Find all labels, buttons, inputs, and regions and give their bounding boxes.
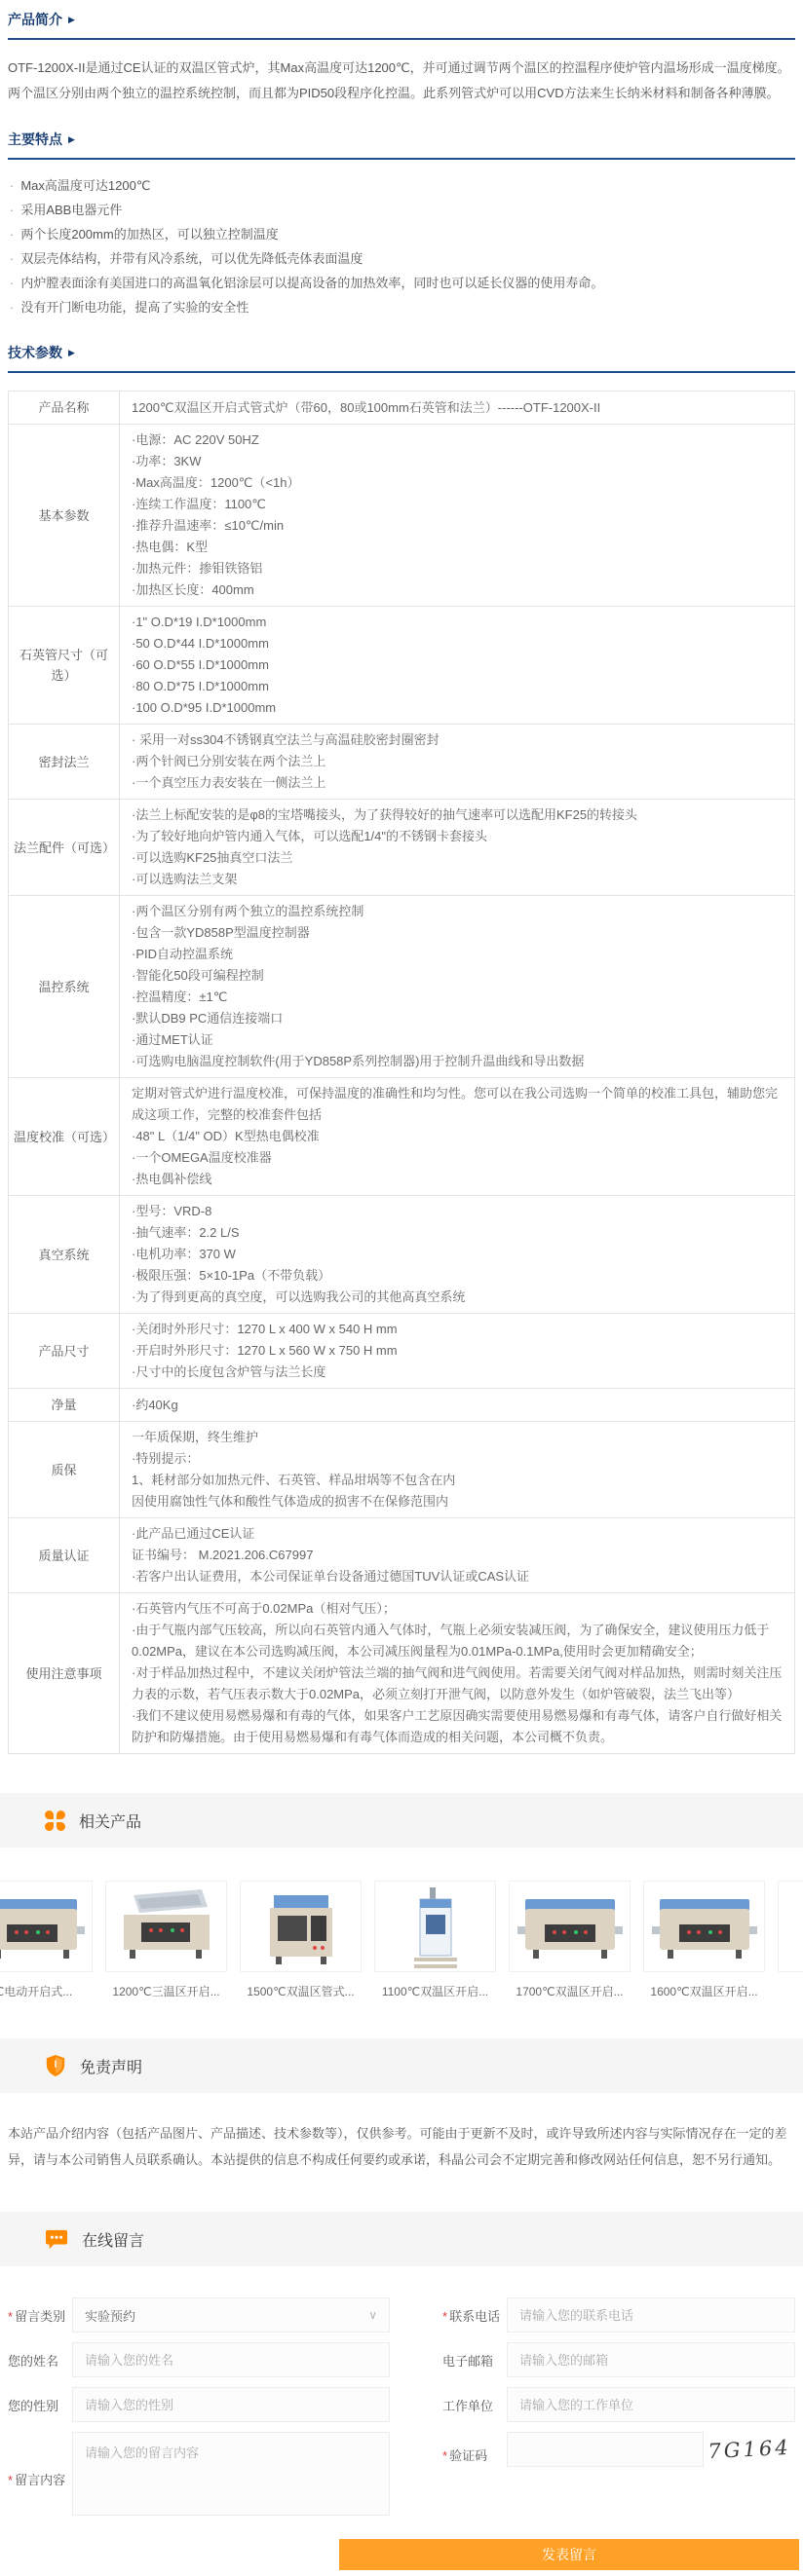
spec-value-line: ·50 O.D*44 I.D*1000mm	[132, 633, 783, 654]
spec-label: 产品名称	[9, 392, 120, 425]
spec-value-line: ·两个针阀已分别安装在两个法兰上	[132, 751, 783, 772]
spec-label: 基本参数	[9, 425, 120, 607]
spec-value-line: ·我们不建议使用易燃易爆和有毒的气体，如果客户工艺原因确实需要使用易燃易爆和有毒…	[132, 1705, 783, 1748]
section-disclaimer: 免责声明 本站产品介绍内容（包括产品图片、产品描述、技术参数等），仅供参考。可能…	[8, 2038, 795, 2173]
form-row: 您的姓名 电子邮箱	[8, 2342, 795, 2377]
spec-value-line: ·一个真空压力表安装在一侧法兰上	[132, 772, 783, 794]
feature-item: 内炉膛表面涂有美国进口的高温氧化铝涂层可以提高设备的加热效率，同时也可以延长仪器…	[8, 271, 795, 295]
spec-value-line: ·热电偶：K型	[132, 537, 783, 558]
spec-value-line: ·法兰上标配安装的是φ8的宝塔嘴接头，为了获得较好的抽气速率可以选配用KF25的…	[132, 804, 783, 826]
spec-value-line: ·智能化50段可编程控制	[132, 965, 783, 987]
spec-row: 基本参数·电源：AC 220V 50HZ·功率：3KW·Max高温度：1200℃…	[9, 425, 795, 607]
section-title-specs: 技术参数 ▶	[8, 343, 795, 362]
related-products-title: 相关产品	[79, 1810, 141, 1832]
disclaimer-header: 免责声明	[0, 2038, 803, 2093]
section-intro: 产品简介 ▶ OTF-1200X-II是通过CE认证的双温区管式炉，其Max高温…	[8, 10, 795, 106]
gender-input[interactable]	[72, 2387, 390, 2422]
spec-row: 石英管尺寸（可选）·1" O.D*19 I.D*1000mm·50 O.D*44…	[9, 607, 795, 725]
section-divider	[8, 38, 795, 40]
product-image-frame	[0, 1881, 93, 1972]
spec-row: 法兰配件（可选）·法兰上标配安装的是φ8的宝塔嘴接头，为了获得较好的抽气速率可以…	[9, 800, 795, 896]
page: 产品简介 ▶ OTF-1200X-II是通过CE认证的双温区管式炉，其Max高温…	[0, 10, 803, 2570]
spec-value-line: · 采用一对ss304不锈钢真空法兰与高温硅胶密封圈密封	[132, 729, 783, 751]
spec-value-line: ·加热区长度：400mm	[132, 579, 783, 601]
spec-row: 密封法兰· 采用一对ss304不锈钢真空法兰与高温硅胶密封圈密封·两个针阀已分别…	[9, 725, 795, 800]
product-caption[interactable]: 1600℃双温区开启...	[643, 1983, 765, 1999]
spec-value-line: ·1" O.D*19 I.D*1000mm	[132, 612, 783, 633]
section-related-products: 相关产品 ℃电动开启式...1200℃三温区开启...1500℃双温区管式...…	[8, 1793, 795, 1999]
spec-value-line: ·推荐升温速率：≤10℃/min	[132, 515, 783, 537]
spec-value: ·电源：AC 220V 50HZ·功率：3KW·Max高温度：1200℃（<1h…	[120, 425, 795, 607]
required-mark: *	[442, 2309, 447, 2324]
spec-value-line: ·48" L（1/4" OD）K型热电偶校准	[132, 1126, 783, 1147]
product-card[interactable]: 1700℃双温区开启...	[509, 1881, 631, 1999]
name-label: 您的姓名	[8, 2351, 72, 2370]
product-image	[381, 1885, 490, 1971]
spec-value-line: 一年质保期，终生维护	[132, 1427, 783, 1448]
form-field-company: 工作单位	[442, 2387, 795, 2422]
spec-value: ·两个温区分别有两个独立的温控系统控制·包含一款YD858P型温度控制器·PID…	[120, 896, 795, 1078]
captcha-label: *验证码	[442, 2445, 507, 2464]
category-select[interactable]: 实验预约 ∨	[72, 2297, 390, 2333]
spec-row: 温度校准（可选）定期对管式炉进行温度校准，可保持温度的准确性和均匀性。您可以在我…	[9, 1078, 795, 1196]
triangle-right-icon: ▶	[68, 16, 75, 24]
spec-value-line: ·包含一款YD858P型温度控制器	[132, 922, 783, 944]
spec-value-line: ·为了较好地向炉管内通入气体，可以选配1/4"的不锈钢卡套接头	[132, 826, 783, 847]
spec-value-line: ·一个OMEGA温度校准器	[132, 1147, 783, 1169]
feature-item: 没有开门断电功能，提高了实验的安全性	[8, 295, 795, 319]
submit-button[interactable]: 发表留言	[339, 2539, 799, 2570]
product-image-frame	[240, 1881, 362, 1972]
spec-value-line: ·可以选购KF25抽真空口法兰	[132, 847, 783, 869]
spec-value: ·1" O.D*19 I.D*1000mm·50 O.D*44 I.D*1000…	[120, 607, 795, 725]
form-field-captcha: *验证码 7G164	[442, 2432, 795, 2467]
product-caption[interactable]: 1200℃三温区开启...	[105, 1983, 227, 1999]
spec-label: 温度校准（可选）	[9, 1078, 120, 1196]
shield-icon	[45, 2054, 66, 2077]
chevron-down-icon: ∨	[368, 2308, 377, 2322]
spec-value: ·约40Kg	[120, 1389, 795, 1422]
category-selected-value: 实验预约	[85, 2306, 135, 2325]
spec-label: 真空系统	[9, 1196, 120, 1314]
product-image	[784, 1885, 803, 1971]
spec-value-line: 证书编号： M.2021.206.C67997	[132, 1545, 783, 1566]
form-row: *留言类别 实验预约 ∨ *联系电话	[8, 2297, 795, 2333]
section-title-text: 主要特点	[8, 130, 62, 149]
spec-value-line: ·连续工作温度：1100℃	[132, 494, 783, 515]
feature-item: Max高温度可达1200℃	[8, 173, 795, 198]
spec-value-line: ·抽气速率：2.2 L/S	[132, 1222, 783, 1244]
form-field-phone: *联系电话	[442, 2297, 795, 2333]
gender-label: 您的性别	[8, 2396, 72, 2414]
product-image-frame	[778, 1881, 803, 1972]
features-list: Max高温度可达1200℃采用ABB电器元件两个长度200mm的加热区，可以独立…	[8, 173, 795, 319]
spec-value-line: 1200℃双温区开启式管式炉（带60，80或100mm石英管和法兰）------…	[132, 397, 783, 419]
spec-value-line: ·开启时外形尺寸：1270 L x 560 W x 750 H mm	[132, 1340, 783, 1362]
form-field-content: *留言内容	[8, 2432, 390, 2516]
product-image-frame	[643, 1881, 765, 1972]
message-header: 在线留言	[0, 2212, 803, 2266]
spec-value-line: ·特别提示：	[132, 1448, 783, 1470]
section-title-features: 主要特点 ▶	[8, 130, 795, 149]
section-message: 在线留言 *留言类别 实验预约 ∨ *联系电话 您的姓名	[8, 2212, 795, 2570]
product-image	[112, 1885, 221, 1971]
product-card[interactable]: 1600℃双温区开启...	[643, 1881, 765, 1999]
required-mark: *	[8, 2309, 13, 2324]
spec-value-line: ·100 O.D*95 I.D*1000mm	[132, 697, 783, 719]
spec-row: 真空系统·型号：VRD-8·抽气速率：2.2 L/S·电机功率：370 W·极限…	[9, 1196, 795, 1314]
section-features: 主要特点 ▶ Max高温度可达1200℃采用ABB电器元件两个长度200mm的加…	[8, 130, 795, 319]
product-card[interactable]: ℃电动开启式...	[0, 1881, 93, 1999]
feature-item: 两个长度200mm的加热区，可以独立控制温度	[8, 222, 795, 246]
section-title-intro: 产品简介 ▶	[8, 10, 795, 29]
disclaimer-title: 免责声明	[80, 2055, 142, 2077]
spec-label: 质量认证	[9, 1518, 120, 1593]
spec-value-line: ·若客户出认证费用，本公司保证单台设备通过德国TUV认证或CAS认证	[132, 1566, 783, 1587]
clover-icon	[45, 1811, 65, 1831]
form-field-gender: 您的性别	[8, 2387, 390, 2422]
specs-table: 产品名称1200℃双温区开启式管式炉（带60，80或100mm石英管和法兰）--…	[8, 391, 795, 1754]
spec-value-line: ·型号：VRD-8	[132, 1201, 783, 1222]
spec-value: 定期对管式炉进行温度校准，可保持温度的准确性和均匀性。您可以在我公司选购一个简单…	[120, 1078, 795, 1196]
spec-value-line: ·对于样品加热过程中，不建议关闭炉管法兰端的抽气阀和进气阀使用。若需要关闭气阀对…	[132, 1662, 783, 1705]
required-mark: *	[442, 2448, 447, 2463]
spec-value-line: 定期对管式炉进行温度校准，可保持温度的准确性和均匀性。您可以在我公司选购一个简单…	[132, 1083, 783, 1126]
chat-bubble-icon	[45, 2228, 68, 2250]
spec-value-line: ·PID自动控温系统	[132, 944, 783, 965]
disclaimer-paragraph: 本站产品介绍内容（包括产品图片、产品描述、技术参数等），仅供参考。可能由于更新不…	[8, 2120, 795, 2173]
spec-row: 使用注意事项·石英管内气压不可高于0.02MPa（相对气压）；·由于气瓶内部气压…	[9, 1593, 795, 1754]
section-title-text: 产品简介	[8, 10, 62, 29]
spec-value: ·关闭时外形尺寸：1270 L x 400 W x 540 H mm·开启时外形…	[120, 1314, 795, 1389]
product-card[interactable]: 1...	[778, 1881, 803, 1999]
form-field-email: 电子邮箱	[442, 2342, 795, 2377]
email-input[interactable]	[507, 2342, 795, 2377]
spec-value-line: ·电源：AC 220V 50HZ	[132, 429, 783, 451]
content-label: *留言内容	[8, 2470, 72, 2488]
company-input[interactable]	[507, 2387, 795, 2422]
product-caption[interactable]: 1100℃双温区开启...	[374, 1983, 496, 1999]
spec-label: 温控系统	[9, 896, 120, 1078]
form-field-category: *留言类别 实验预约 ∨	[8, 2297, 390, 2333]
product-image-frame	[509, 1881, 631, 1972]
section-divider	[8, 158, 795, 160]
message-title: 在线留言	[82, 2228, 144, 2251]
name-input[interactable]	[72, 2342, 390, 2377]
triangle-right-icon: ▶	[68, 349, 75, 357]
product-caption[interactable]: 1700℃双温区开启...	[509, 1983, 631, 1999]
spec-value-line: ·石英管内气压不可高于0.02MPa（相对气压）；	[132, 1598, 783, 1620]
spec-row: 质保一年质保期，终生维护·特别提示：1、耗材部分如加热元件、石英管、样品坩埚等不…	[9, 1422, 795, 1518]
spec-value: ·法兰上标配安装的是φ8的宝塔嘴接头，为了获得较好的抽气速率可以选配用KF25的…	[120, 800, 795, 896]
spec-value-line: ·两个温区分别有两个独立的温控系统控制	[132, 901, 783, 922]
spec-value-line: ·通过MET认证	[132, 1029, 783, 1051]
spec-row: 产品名称1200℃双温区开启式管式炉（带60，80或100mm石英管和法兰）--…	[9, 392, 795, 425]
form-row: 您的性别 工作单位	[8, 2387, 795, 2422]
spec-value-line: ·尺寸中的长度包含炉管与法兰长度	[132, 1362, 783, 1383]
section-specs: 技术参数 ▶ 产品名称1200℃双温区开启式管式炉（带60，80或100mm石英…	[8, 343, 795, 1754]
spec-value-line: ·由于气瓶内部气压较高，所以向石英管内通入气体时，气瓶上必须安装减压阀，为了确保…	[132, 1620, 783, 1662]
spec-value-line: ·加热元件：掺钼铁铬铝	[132, 558, 783, 579]
required-mark: *	[8, 2473, 13, 2487]
product-image	[650, 1885, 759, 1971]
spec-value-line: 因使用腐蚀性气体和酸性气体造成的损害不在保修范围内	[132, 1491, 783, 1512]
phone-label: *联系电话	[442, 2306, 507, 2325]
spec-value-line: ·可以选购法兰支架	[132, 869, 783, 890]
spec-value-line: ·电机功率：370 W	[132, 1244, 783, 1265]
product-image	[516, 1885, 625, 1971]
captcha-input[interactable]	[507, 2432, 704, 2467]
product-image-frame	[105, 1881, 227, 1972]
spec-row: 质量认证·此产品已通过CE认证证书编号： M.2021.206.C67997·若…	[9, 1518, 795, 1593]
section-title-text: 技术参数	[8, 343, 62, 362]
spec-value: 1200℃双温区开启式管式炉（带60，80或100mm石英管和法兰）------…	[120, 392, 795, 425]
product-card[interactable]: 1500℃双温区管式...	[240, 1881, 362, 1999]
spec-value-line: ·Max高温度：1200℃（<1h）	[132, 472, 783, 494]
spec-value: ·石英管内气压不可高于0.02MPa（相对气压）；·由于气瓶内部气压较高，所以向…	[120, 1593, 795, 1754]
message-content-textarea[interactable]	[72, 2432, 390, 2516]
spec-value-line: ·60 O.D*55 I.D*1000mm	[132, 654, 783, 676]
spec-label: 质保	[9, 1422, 120, 1518]
email-label: 电子邮箱	[442, 2351, 507, 2370]
spec-value-line: ·80 O.D*75 I.D*1000mm	[132, 676, 783, 697]
spec-value: ·此产品已通过CE认证证书编号： M.2021.206.C67997·若客户出认…	[120, 1518, 795, 1593]
company-label: 工作单位	[442, 2396, 507, 2414]
category-label: *留言类别	[8, 2306, 72, 2325]
spec-value-line: ·此产品已通过CE认证	[132, 1523, 783, 1545]
spec-value: · 采用一对ss304不锈钢真空法兰与高温硅胶密封圈密封·两个针阀已分别安装在两…	[120, 725, 795, 800]
spec-value-line: ·可选购电脑温度控制软件(用于YD858P系列控制器)用于控制升温曲线和导出数据	[132, 1051, 783, 1072]
feature-item: 采用ABB电器元件	[8, 198, 795, 222]
triangle-right-icon: ▶	[68, 135, 75, 144]
product-image-frame	[374, 1881, 496, 1972]
spec-label: 石英管尺寸（可选）	[9, 607, 120, 725]
form-field-name: 您的姓名	[8, 2342, 390, 2377]
product-caption[interactable]: 1500℃双温区管式...	[240, 1983, 362, 1999]
spec-label: 法兰配件（可选）	[9, 800, 120, 896]
spec-row: 产品尺寸·关闭时外形尺寸：1270 L x 400 W x 540 H mm·开…	[9, 1314, 795, 1389]
spec-value: ·型号：VRD-8·抽气速率：2.2 L/S·电机功率：370 W·极限压强：5…	[120, 1196, 795, 1314]
product-caption[interactable]: ℃电动开启式...	[0, 1983, 93, 1999]
message-form: *留言类别 实验预约 ∨ *联系电话 您的姓名 电子邮箱	[8, 2297, 795, 2570]
spec-value-line: ·功率：3KW	[132, 451, 783, 472]
phone-input[interactable]	[507, 2297, 795, 2333]
spec-value-line: ·默认DB9 PC通信连接端口	[132, 1008, 783, 1029]
related-products-header: 相关产品	[0, 1793, 803, 1848]
form-row: *留言内容 *验证码 7G164	[8, 2432, 795, 2516]
spec-value-line: ·关闭时外形尺寸：1270 L x 400 W x 540 H mm	[132, 1319, 783, 1340]
spec-value-line: ·约40Kg	[132, 1395, 783, 1416]
product-caption[interactable]: 1...	[778, 1983, 803, 1997]
spec-value-line: ·极限压强：5×10-1Pa（不带负载）	[132, 1265, 783, 1287]
spec-value-line: ·控温精度：±1℃	[132, 987, 783, 1008]
captcha-image[interactable]: 7G164	[703, 2436, 795, 2464]
product-card[interactable]: 1200℃三温区开启...	[105, 1881, 227, 1999]
spec-value: 一年质保期，终生维护·特别提示：1、耗材部分如加热元件、石英管、样品坩埚等不包含…	[120, 1422, 795, 1518]
product-image	[0, 1885, 87, 1971]
spec-row: 温控系统·两个温区分别有两个独立的温控系统控制·包含一款YD858P型温度控制器…	[9, 896, 795, 1078]
spec-label: 密封法兰	[9, 725, 120, 800]
feature-item: 双层壳体结构，并带有风冷系统，可以优先降低壳体表面温度	[8, 246, 795, 271]
section-divider	[8, 371, 795, 373]
product-card[interactable]: 1100℃双温区开启...	[374, 1881, 496, 1999]
spec-row: 净量·约40Kg	[9, 1389, 795, 1422]
spec-label: 产品尺寸	[9, 1314, 120, 1389]
spec-value-line: ·热电偶补偿线	[132, 1169, 783, 1190]
intro-paragraph: OTF-1200X-II是通过CE认证的双温区管式炉，其Max高温度可达1200…	[8, 56, 795, 106]
spec-label: 使用注意事项	[9, 1593, 120, 1754]
product-image	[247, 1885, 356, 1971]
related-products-carousel[interactable]: ℃电动开启式...1200℃三温区开启...1500℃双温区管式...1100℃…	[0, 1881, 803, 1999]
spec-value-line: 1、耗材部分如加热元件、石英管、样品坩埚等不包含在内	[132, 1470, 783, 1491]
spec-value-line: ·为了得到更高的真空度，可以选购我公司的其他高真空系统	[132, 1287, 783, 1308]
spec-label: 净量	[9, 1389, 120, 1422]
